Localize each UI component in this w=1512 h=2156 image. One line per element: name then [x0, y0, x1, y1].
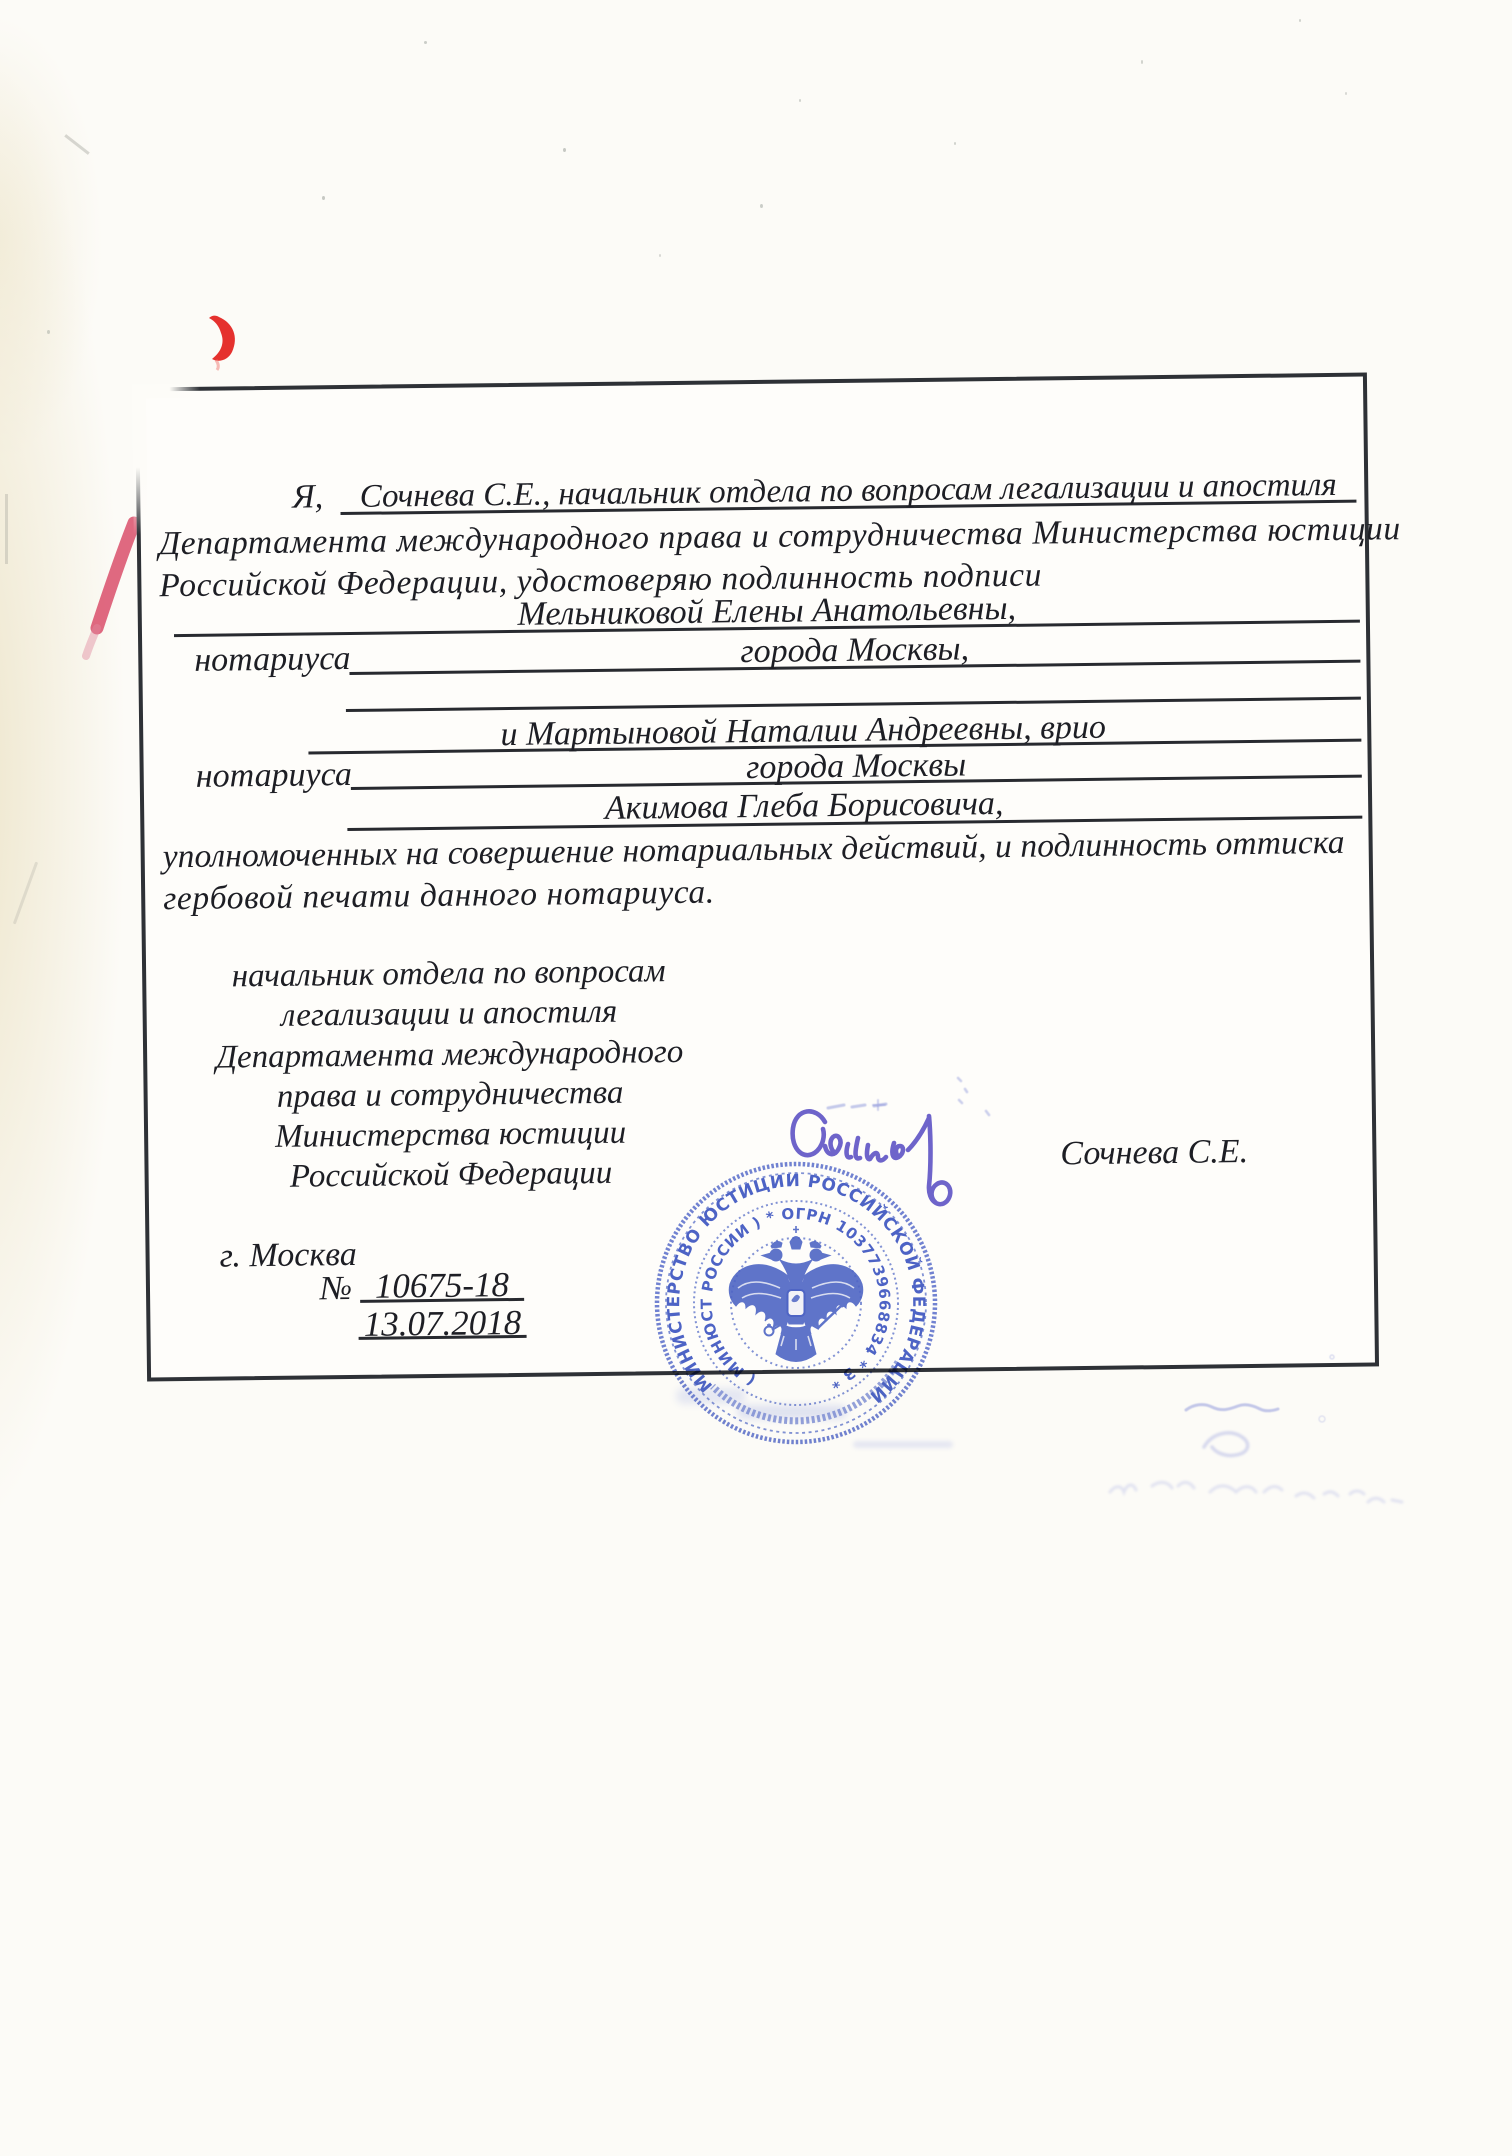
red-ribbon-mark	[209, 316, 235, 361]
notary-label-1: нотариуса	[194, 639, 351, 681]
faint-pen-scribble	[1204, 1433, 1248, 1456]
scanned-certificate-page: Я, Сочнева С.Е., начальник отдела по воп…	[0, 0, 1512, 2156]
scan-speck	[424, 41, 427, 44]
number-label: №	[320, 1269, 353, 1309]
authorization-line2-text: гербовой печати данного нотариуса.	[163, 873, 715, 919]
scan-speck	[47, 330, 50, 334]
notary-label-2: нотариуса	[195, 755, 352, 797]
scan-speck	[659, 254, 661, 257]
official-title-line: права и сотрудничества	[187, 1071, 712, 1118]
pronoun-text: Я,	[292, 477, 323, 517]
page-edge-line	[5, 494, 8, 564]
department-line-text: Департамента международного права и сотр…	[159, 509, 1401, 564]
faint-pen-dot	[1319, 1416, 1325, 1422]
stamp-ink-smear	[676, 1388, 746, 1404]
number-value: 10675-18	[360, 1264, 524, 1307]
official-title-line: Министерства юстиции	[188, 1112, 713, 1159]
date-value: 13.07.2018	[358, 1302, 526, 1345]
scan-speck	[760, 204, 763, 208]
scan-speck	[1299, 19, 1301, 22]
official-name-text: Сочнева С.Е.	[1060, 1132, 1248, 1174]
scan-speck	[322, 196, 325, 200]
certificate-border-box: Я, Сочнева С.Е., начальник отдела по воп…	[135, 373, 1379, 1382]
faint-pen-squiggle	[1186, 1405, 1278, 1411]
stamp-ink-smear	[737, 1405, 847, 1419]
scan-speck	[563, 148, 566, 152]
official-title-line: легализации и апостиля	[186, 991, 711, 1038]
officer-line-text: Сочнева С.Е., начальник отдела по вопрос…	[340, 466, 1356, 517]
pink-pen-mark-tail	[86, 628, 97, 656]
official-title-line: начальник отдела по вопросам	[186, 951, 711, 998]
pink-pen-mark	[97, 523, 134, 628]
faded-corner	[132, 384, 148, 534]
pencil-mark	[13, 861, 38, 924]
faded-corner	[132, 384, 200, 399]
scan-scratch-mark	[64, 134, 89, 155]
faint-handwriting-row	[1110, 1482, 1402, 1502]
red-ribbon-tail	[216, 360, 218, 370]
scan-speck	[1345, 92, 1347, 95]
official-title-line: Департамента международного	[187, 1031, 712, 1078]
scan-speck	[1141, 60, 1143, 64]
stamp-ink-smear	[853, 1441, 953, 1448]
official-title-block: начальник отдела по вопросам легализации…	[186, 951, 714, 1199]
official-title-line: Российской Федерации	[188, 1152, 713, 1199]
scan-speck	[954, 142, 956, 145]
scan-speck	[799, 99, 801, 102]
